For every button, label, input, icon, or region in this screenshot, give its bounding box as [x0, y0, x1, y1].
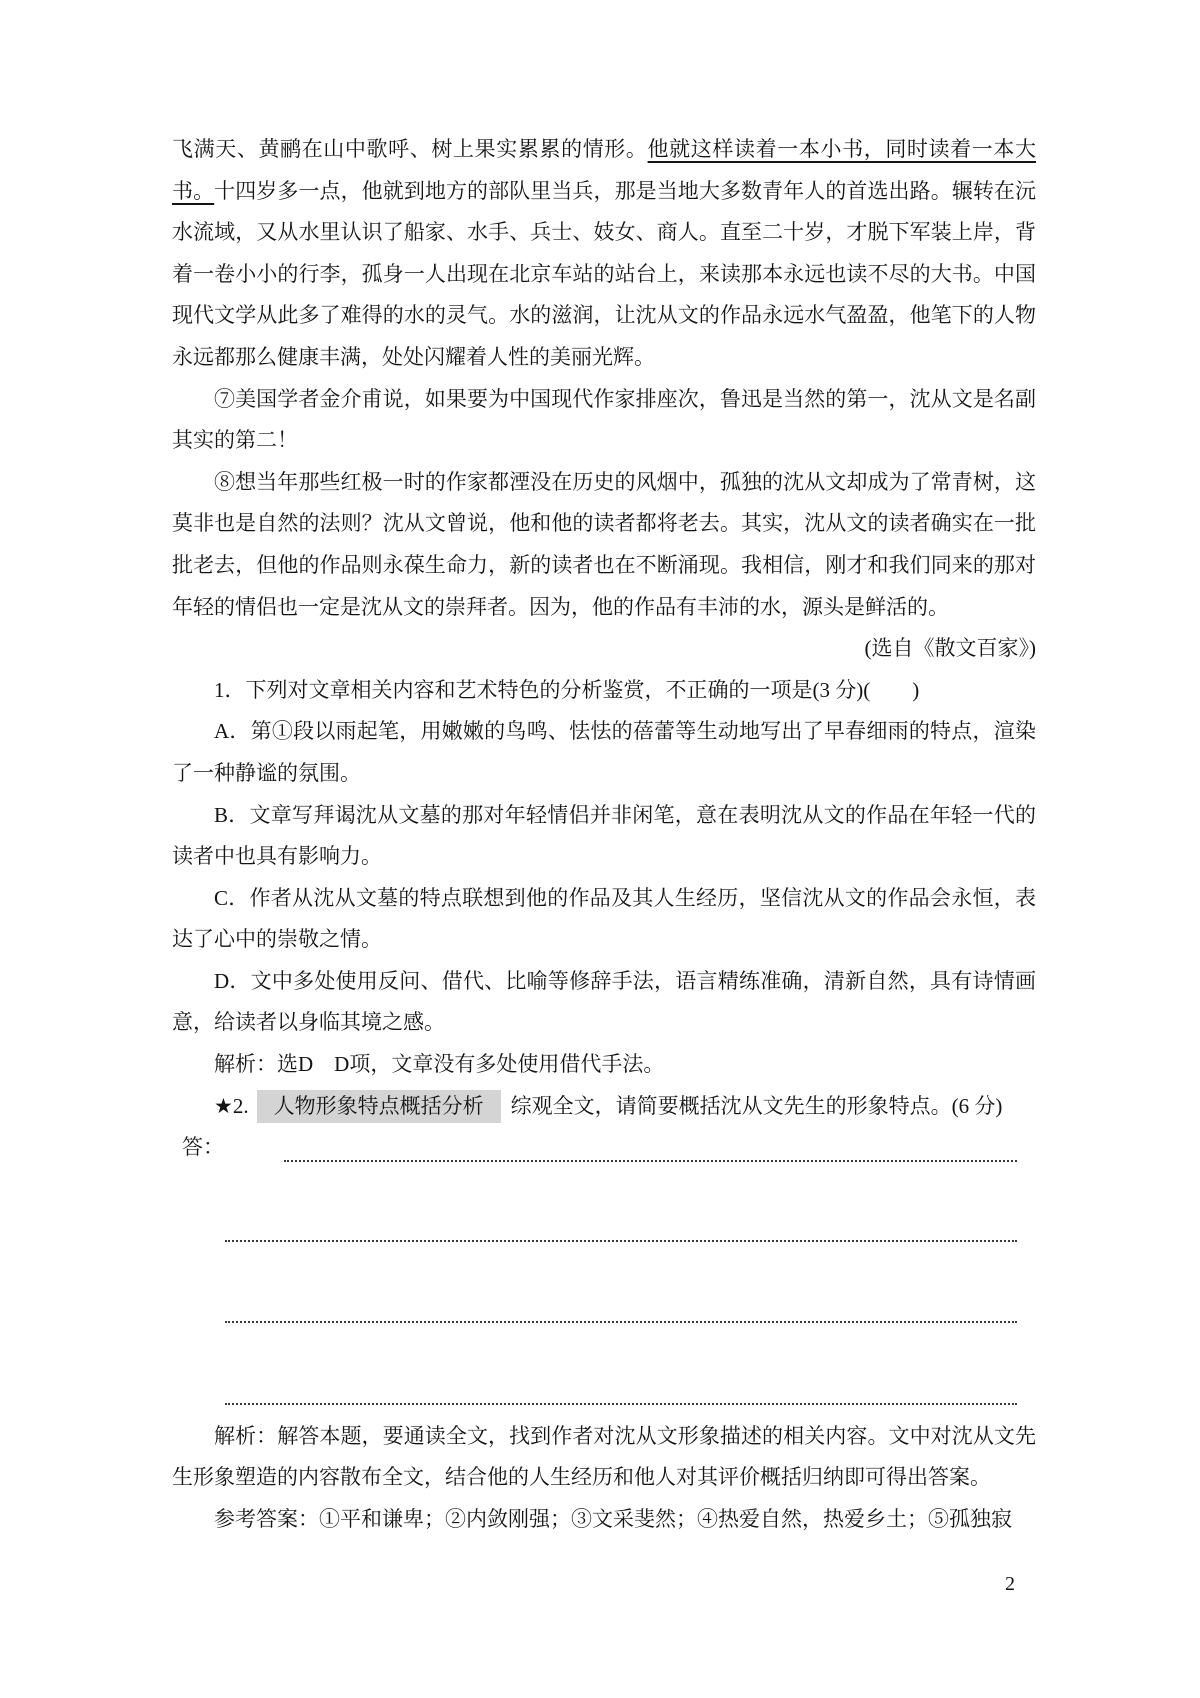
- question-2-stem-line: ★2.人物形象特点概括分析综观全文，请简要概括沈从文先生的形象特点。(6 分): [172, 1086, 1036, 1128]
- passage-text-before-underline: 飞满天、黄鹂在山中歌呼、树上果实累累的情形。: [172, 137, 648, 161]
- passage-source-attribution: (选自《散文百家》): [172, 628, 1036, 670]
- passage-paragraph-continuation: 飞满天、黄鹂在山中歌呼、树上果实累累的情形。他就这样读着一本小书，同时读着一本大…: [172, 129, 1036, 379]
- question-1-option-d: D．文中多处使用反问、借代、比喻等修辞手法，语言精练准确，清新自然，具有诗情画意…: [172, 961, 1036, 1044]
- document-page: 飞满天、黄鹂在山中歌呼、树上果实累累的情形。他就这样读着一本小书，同时读着一本大…: [0, 0, 1200, 1698]
- question-1-option-c: C．作者从沈从文墓的特点联想到他的作品及其人生经历，坚信沈从文的作品会永恒，表达…: [172, 878, 1036, 961]
- page-number: 2: [1005, 1570, 1015, 1598]
- answer-line-2: [225, 1169, 1017, 1242]
- question-1-option-a: A．第①段以雨起笔，用嫩嫩的鸟鸣、怯怯的蓓蕾等生动地写出了早春细雨的特点，渲染了…: [172, 711, 1036, 794]
- question-2-stem-text: 综观全文，请简要概括沈从文先生的形象特点。(6 分): [511, 1094, 1003, 1118]
- answer-line-4: [225, 1323, 1017, 1405]
- answer-line-3: [225, 1242, 1017, 1323]
- question-2-reference-answer: 参考答案：①平和谦卑；②内敛刚强；③文采斐然；④热爱自然，热爱乡土；⑤孤独寂: [172, 1499, 1036, 1541]
- answer-row: 答：: [172, 1127, 1036, 1169]
- passage-text-after-underline: 十四岁多一点，他就到地方的部队里当兵，那是当地大多数青年人的首选出路。辗转在沅水…: [172, 179, 1036, 369]
- question-1-stem: 1．下列对文章相关内容和艺术特色的分析鉴赏，不正确的一项是(3 分)( ): [172, 670, 1036, 712]
- question-2-number: 2.: [233, 1094, 249, 1118]
- star-icon: ★: [214, 1094, 233, 1118]
- document-content: 飞满天、黄鹂在山中歌呼、树上果实累累的情形。他就这样读着一本小书，同时读着一本大…: [172, 129, 1036, 1541]
- question-1-option-b: B．文章写拜谒沈从文墓的那对年轻情侣并非闲笔，意在表明沈从文的作品在年轻一代的读…: [172, 795, 1036, 878]
- passage-paragraph-8: ⑧想当年那些红极一时的作家都湮没在历史的风烟中，孤独的沈从文却成为了常青树，这莫…: [172, 462, 1036, 628]
- passage-paragraph-7: ⑦美国学者金介甫说，如果要为中国现代作家排座次，鲁迅是当然的第一，沈从文是名副其…: [172, 379, 1036, 462]
- answer-line-1: [284, 1160, 1017, 1162]
- answer-label: 答：: [172, 1127, 224, 1169]
- question-1-analysis: 解析：选D D项，文章没有多处使用借代手法。: [172, 1044, 1036, 1086]
- question-2-analysis: 解析：解答本题，要通读全文，找到作者对沈从文形象描述的相关内容。文中对沈从文先生…: [172, 1416, 1036, 1499]
- question-2-topic-tag: 人物形象特点概括分析: [257, 1090, 501, 1123]
